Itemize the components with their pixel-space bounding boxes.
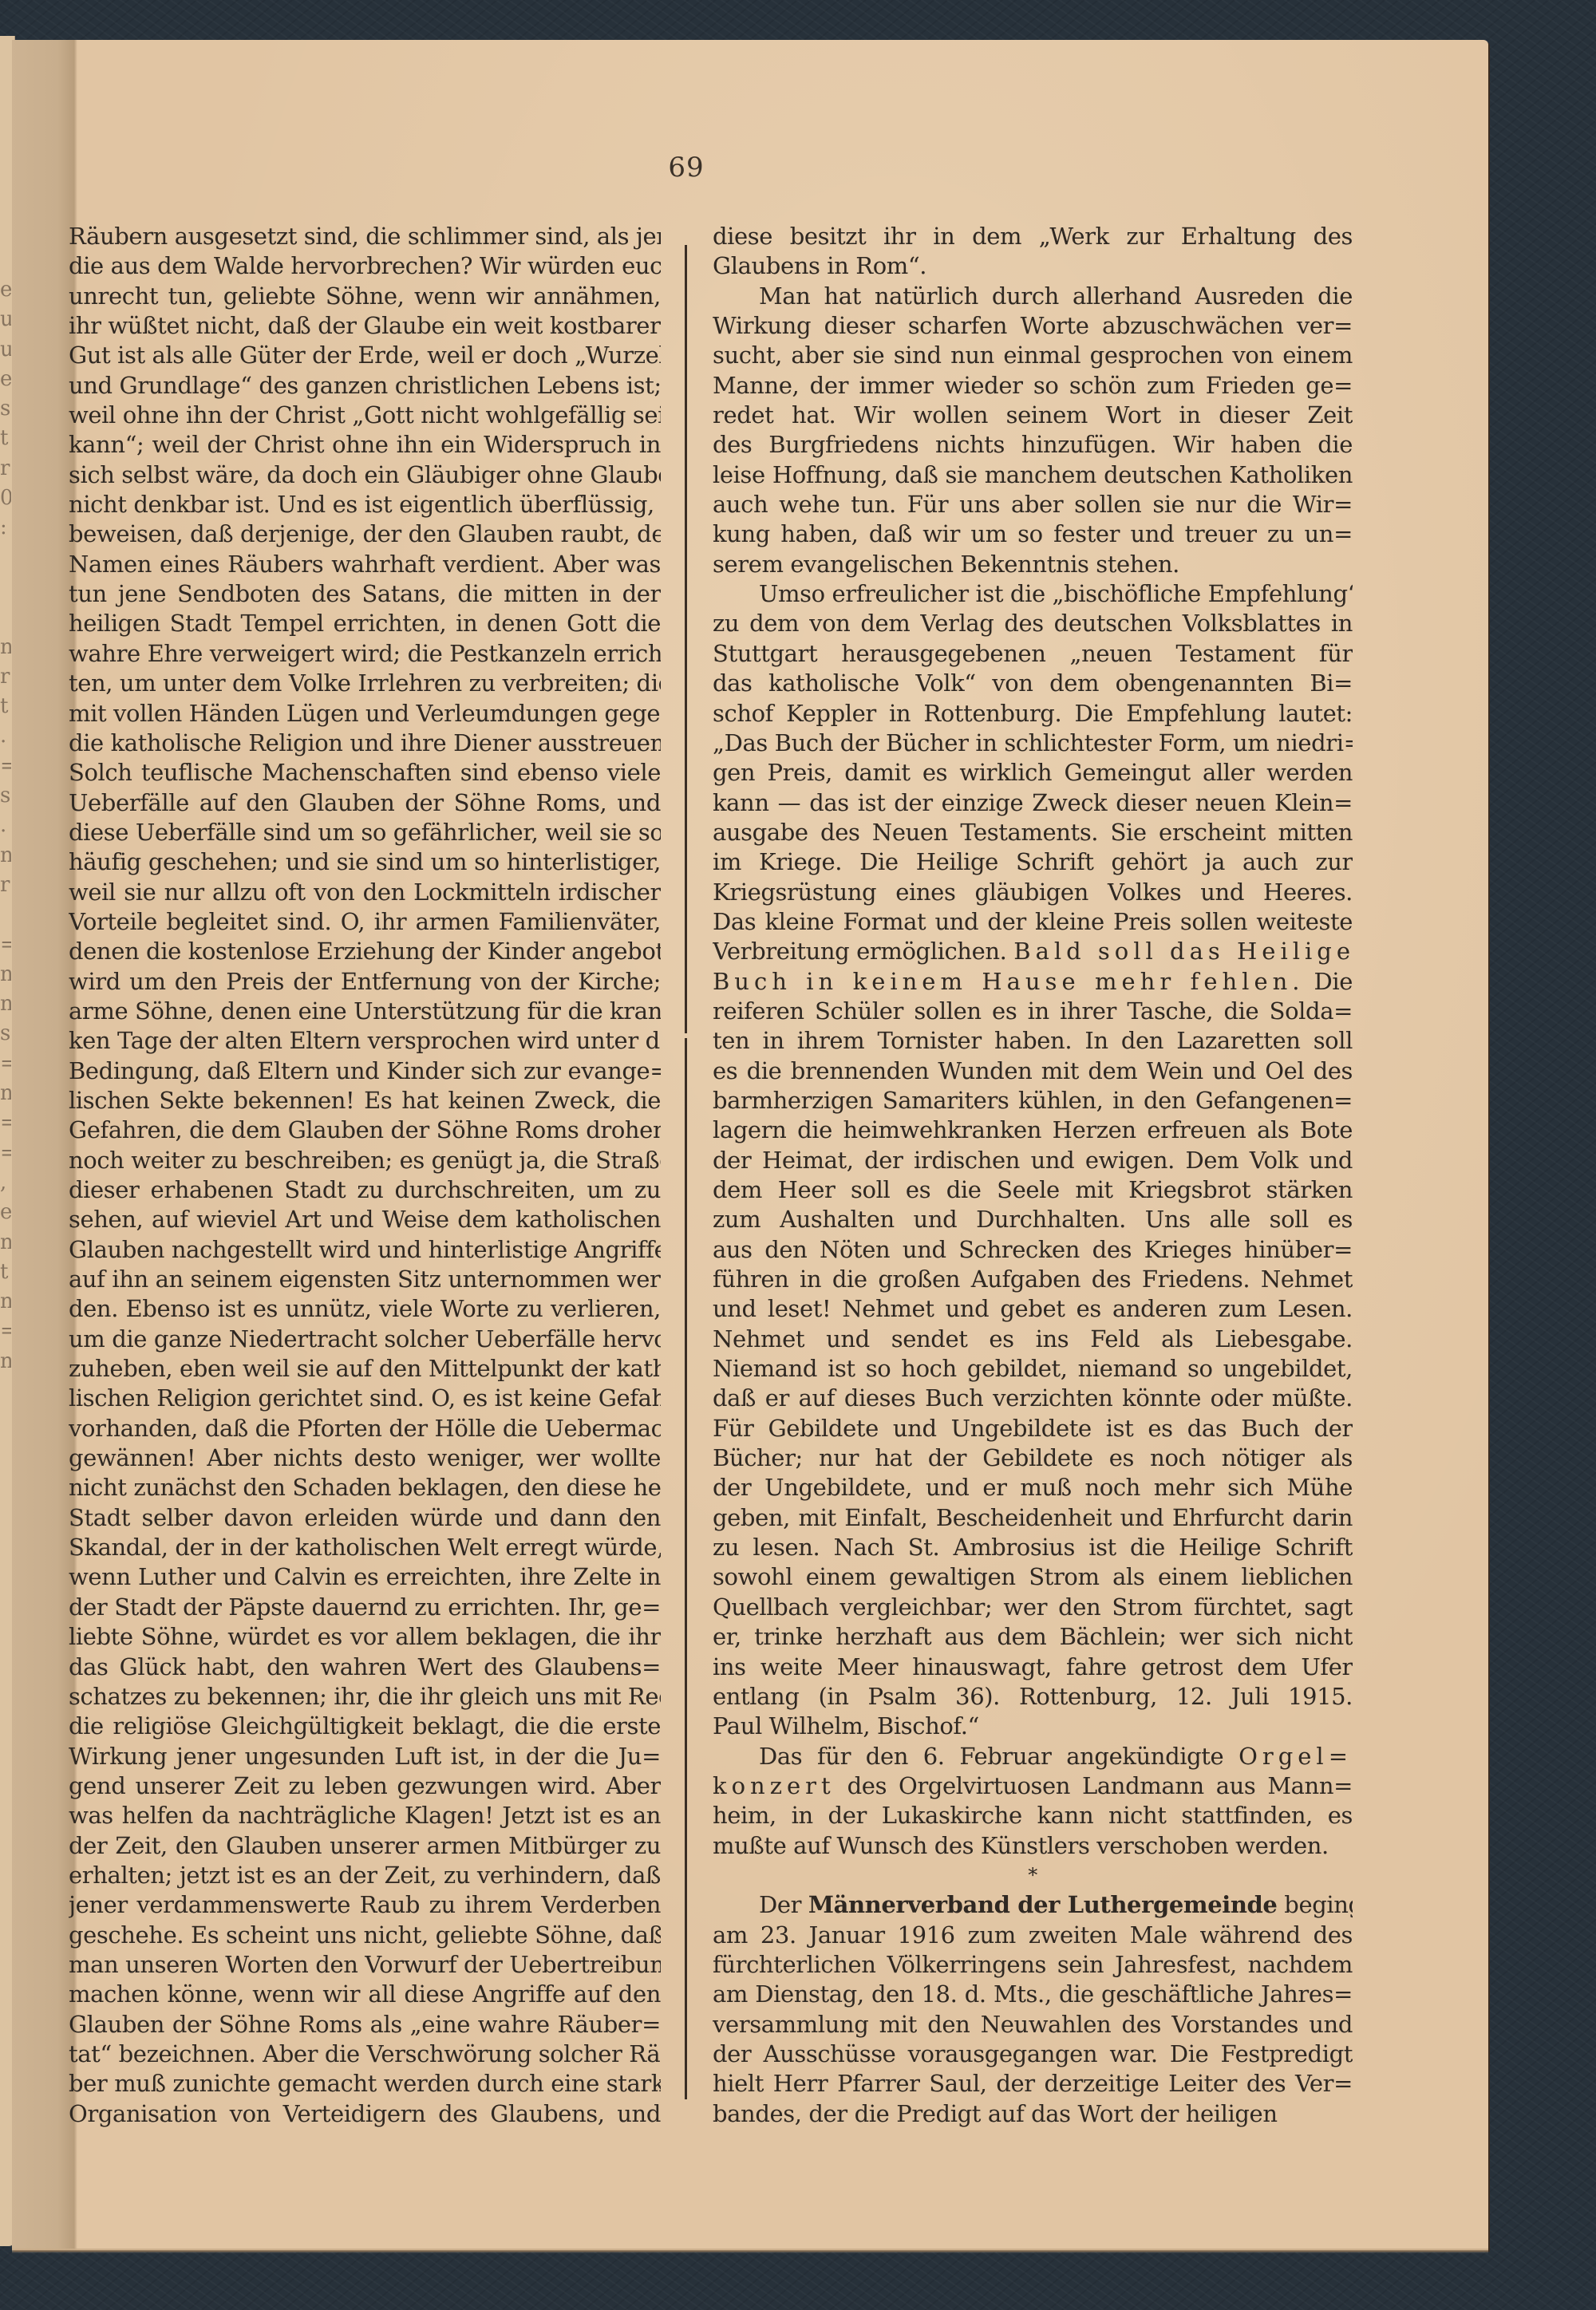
text-line: noch weiter zu beschreiben; es genügt ja…	[69, 1146, 661, 1175]
text-line: Quellbach vergleichbar; wer den Strom fü…	[713, 1593, 1353, 1622]
text-line: Bücher; nur hat der Gebildete es noch nö…	[713, 1443, 1353, 1473]
text-line: häufig geschehen; und sie sind um so hin…	[69, 847, 661, 877]
text-line: ins weite Meer hinauswagt, fahre getrost…	[713, 1653, 1353, 1682]
text-line: weil sie nur allzu oft von den Lockmitte…	[69, 878, 661, 907]
text-line: Glauben nachgestellt wird und hinterlist…	[69, 1235, 661, 1265]
text-line: mit vollen Händen Lügen und Verleumdunge…	[69, 699, 661, 729]
text-line: der Stadt der Päpste dauernd zu errichte…	[69, 1593, 661, 1622]
text-line: nicht denkbar ist. Und es ist eigentlich…	[69, 490, 661, 519]
text-line: „Das Buch der Bücher in schlichtester Fo…	[713, 729, 1353, 758]
text-line: aus den Nöten und Schrecken des Krieges …	[713, 1235, 1353, 1265]
text-line: lischen Religion gerichtet sind. O, es i…	[69, 1384, 661, 1413]
adjacent-page-glyphs: e u u e s t r 0 : n r t . = s . n r = n …	[0, 275, 11, 1376]
text-line: nicht zunächst den Schaden beklagen, den…	[69, 1473, 661, 1502]
text-line: schatzes zu bekennen; ihr, die ihr gleic…	[69, 1682, 661, 1712]
text-line: Niemand ist so hoch gebildet, niemand so…	[713, 1354, 1353, 1384]
binding-shadow	[12, 40, 77, 2250]
text-line: Stadt selber davon erleiden würde und da…	[69, 1503, 661, 1533]
text-line: bandes, der die Predigt auf das Wort der…	[713, 2099, 1353, 2129]
text-line: es die brennenden Wunden mit dem Wein un…	[713, 1056, 1353, 1086]
text-line: diese Ueberfälle sind um so gefährlicher…	[69, 818, 661, 847]
text-line: was helfen da nachträgliche Klagen! Jetz…	[69, 1801, 661, 1830]
text-line: Verbreitung ermöglichen. Bald soll das H…	[713, 937, 1353, 966]
text-line: weil ohne ihn der Christ „Gott nicht woh…	[69, 401, 661, 430]
paragraph: Der Männerverband der Luthergemeinde beg…	[713, 1890, 1353, 2129]
text-line: liebte Söhne, würdet es vor allem beklag…	[69, 1622, 661, 1652]
paragraph: Das für den 6. Februar angekündigte Orge…	[713, 1742, 1353, 1861]
text-line: ausgabe des Neuen Testaments. Sie ersche…	[713, 818, 1353, 847]
text-line: tun jene Sendboten des Satans, die mitte…	[69, 579, 661, 609]
text-line: und leset! Nehmet und gebet es anderen z…	[713, 1294, 1353, 1324]
emphasis-spaced: Buch in keinem Hause mehr fehlen.	[713, 968, 1305, 995]
text-line: zuheben, eben weil sie auf den Mittelpun…	[69, 1354, 661, 1384]
text-line: im Kriege. Die Heilige Schrift gehört ja…	[713, 847, 1353, 877]
text-line: Nehmet und sendet es ins Feld als Liebes…	[713, 1325, 1353, 1354]
text-line: er, trinke herzhaft aus dem Bächlein; we…	[713, 1622, 1353, 1652]
text-line: ber muß zunichte gemacht werden durch ei…	[69, 2069, 661, 2099]
text-line: Umso erfreulicher ist die „bischöfliche …	[713, 579, 1353, 609]
text-line: diese besitzt ihr in dem „Werk zur Erhal…	[713, 222, 1353, 251]
text-line: das Glück habt, den wahren Wert des Glau…	[69, 1653, 661, 1682]
text-line: das katholische Volk“ von dem obengenann…	[713, 669, 1353, 698]
text-line: die katholische Religion und ihre Diener…	[69, 729, 661, 758]
emphasis-bold: Männerverband der Luthergemeinde	[808, 1891, 1278, 1918]
text-line: um die ganze Niedertracht solcher Ueberf…	[69, 1325, 661, 1354]
text-line: Wirkung dieser scharfen Worte abzuschwäc…	[713, 311, 1353, 341]
text-line: Kriegsrüstung eines gläubigen Volkes und…	[713, 878, 1353, 907]
text-line: arme Söhne, denen eine Unterstützung für…	[69, 997, 661, 1026]
text-line: Man hat natürlich durch allerhand Ausred…	[713, 282, 1353, 311]
text-line: wird um den Preis der Entfernung von der…	[69, 967, 661, 997]
text-line: konzert des Orgelvirtuosen Landmann aus …	[713, 1771, 1353, 1801]
text-line: geschehe. Es scheint uns nicht, geliebte…	[69, 1921, 661, 1950]
text-line: des Burgfriedens nichts hinzufügen. Wir …	[713, 430, 1353, 460]
text-line: kann — das ist der einzige Zweck dieser …	[713, 788, 1353, 818]
text-line: Skandal, der in der katholischen Welt er…	[69, 1533, 661, 1562]
text-line: machen könne, wenn wir all diese Angriff…	[69, 1980, 661, 2009]
text-line: ten, um unter dem Volke Irrlehren zu ver…	[69, 669, 661, 698]
text-line: zu dem von dem Verlag des deutschen Volk…	[713, 609, 1353, 638]
text-line: sucht, aber sie sind nun einmal gesproch…	[713, 341, 1353, 370]
text-line: gen Preis, damit es wirklich Gemeingut a…	[713, 758, 1353, 788]
text-line: denen die kostenlose Erziehung der Kinde…	[69, 937, 661, 966]
text-line: Der Männerverband der Luthergemeinde beg…	[713, 1890, 1353, 1920]
text-line: Für Gebildete und Ungebildete ist es das…	[713, 1414, 1353, 1443]
text-line: am Dienstag, den 18. d. Mts., die geschä…	[713, 1980, 1353, 2009]
text-line: Stuttgart herausgegebenen „neuen Testame…	[713, 639, 1353, 669]
text-line: Gut ist als alle Güter der Erde, weil er…	[69, 341, 661, 370]
text-line: die religiöse Gleichgültigkeit beklagt, …	[69, 1712, 661, 1741]
text-line: fürchterlichen Völkerringens sein Jahres…	[713, 1950, 1353, 1980]
text-line: auf ihn an seinem eigensten Sitz unterno…	[69, 1265, 661, 1294]
text-line: beweisen, daß derjenige, der den Glauben…	[69, 519, 661, 549]
text-line: ken Tage der alten Eltern versprochen wi…	[69, 1026, 661, 1056]
text-line: dieser erhabenen Stadt zu durchschreiten…	[69, 1175, 661, 1205]
text-line: redet hat. Wir wollen seinem Wort in die…	[713, 401, 1353, 430]
text-line: heiligen Stadt Tempel errichten, in dene…	[69, 609, 661, 638]
text-line: unrecht tun, geliebte Söhne, wenn wir an…	[69, 282, 661, 311]
text-line: Glaubens in Rom“.	[713, 251, 1353, 281]
text-line: serem evangelischen Bekenntnis stehen.	[713, 550, 1353, 579]
text-line: schof Keppler in Rottenburg. Die Empfehl…	[713, 699, 1353, 729]
emphasis-spaced: Orgel=	[1238, 1743, 1353, 1770]
text-line: Glauben der Söhne Roms als „eine wahre R…	[69, 2010, 661, 2040]
text-line: der Ausschüsse vorausgegangen war. Die F…	[713, 2040, 1353, 2069]
text-line: daß er auf dieses Buch verzichten könnte…	[713, 1384, 1353, 1413]
emphasis-spaced: konzert	[713, 1772, 836, 1799]
text-line: man unseren Worten den Vorwurf der Ueber…	[69, 1950, 661, 1980]
text-line: Vorteile begleitet sind. O, ihr armen Fa…	[69, 907, 661, 937]
text-line: am 23. Januar 1916 zum zweiten Male währ…	[713, 1921, 1353, 1950]
text-line: der Heimat, der irdischen und ewigen. De…	[713, 1146, 1353, 1175]
text-line: der Ungebildete, und er muß noch mehr si…	[713, 1473, 1353, 1502]
text-line: lischen Sekte bekennen! Es hat keinen Zw…	[69, 1086, 661, 1116]
left-column: Räubern ausgesetzt sind, die schlimmer s…	[69, 222, 661, 2129]
text-line: ten in ihrem Tornister haben. In den Laz…	[713, 1026, 1353, 1056]
text-line: Namen eines Räubers wahrhaft verdient. A…	[69, 550, 661, 579]
text-line: vorhanden, daß die Pforten der Hölle die…	[69, 1414, 661, 1443]
text-line: den. Ebenso ist es unnütz, viele Worte z…	[69, 1294, 661, 1324]
text-line: ihr wüßtet nicht, daß der Glaube ein wei…	[69, 311, 661, 341]
page-number: 69	[662, 152, 710, 184]
text-line: Buch in keinem Hause mehr fehlen. Die	[713, 967, 1353, 997]
text-line: leise Hoffnung, daß sie manchem deutsche…	[713, 460, 1353, 490]
column-divider	[685, 1038, 687, 2099]
text-line: kann“; weil der Christ ohne ihn ein Wide…	[69, 430, 661, 460]
text-line: die aus dem Walde hervorbrechen? Wir wür…	[69, 251, 661, 281]
text-line: Organisation von Verteidigern des Glaube…	[69, 2099, 661, 2129]
emphasis-spaced: Bald soll das Heilige	[1013, 938, 1353, 965]
text-line: versammlung mit den Neuwahlen des Vorsta…	[713, 2010, 1353, 2040]
text-line: sehen, auf wieviel Art und Weise dem kat…	[69, 1205, 661, 1234]
text-line: auch wehe tun. Für uns aber sollen sie n…	[713, 490, 1353, 519]
text-line: und Grundlage“ des ganzen christlichen L…	[69, 371, 661, 401]
text-line: Wirkung jener ungesunden Luft ist, in de…	[69, 1742, 661, 1771]
text-line: geben, mit Einfalt, Bescheidenheit und E…	[713, 1503, 1353, 1533]
text-line: sowohl einem gewaltigen Strom als einem …	[713, 1562, 1353, 1592]
text-line: wenn Luther und Calvin es erreichten, ih…	[69, 1562, 661, 1592]
text-line: kung haben, daß wir um so fester und tre…	[713, 519, 1353, 549]
text-line: reiferen Schüler sollen es in ihrer Tasc…	[713, 997, 1353, 1026]
text-line: zu lesen. Nach St. Ambrosius ist die Hei…	[713, 1533, 1353, 1562]
text-line: erhalten; jetzt ist es an der Zeit, zu v…	[69, 1861, 661, 1890]
text-line: heim, in der Lukaskirche kann nicht stat…	[713, 1801, 1353, 1830]
text-line: wahre Ehre verweigert wird; die Pestkanz…	[69, 639, 661, 669]
text-line: sich selbst wäre, da doch ein Gläubiger …	[69, 460, 661, 490]
text-line: tat“ bezeichnen. Aber die Verschwörung s…	[69, 2040, 661, 2069]
paragraph: Man hat natürlich durch allerhand Ausred…	[713, 282, 1353, 579]
text-line: barmherzigen Samariters kühlen, in den G…	[713, 1086, 1353, 1116]
text-line: zum Aushalten und Durchhalten. Uns alle …	[713, 1205, 1353, 1234]
text-line: führen in die großen Aufgaben des Friede…	[713, 1265, 1353, 1294]
text-line: Ueberfälle auf den Glauben der Söhne Rom…	[69, 788, 661, 818]
text-line: Solch teuflische Machenschaften sind ebe…	[69, 758, 661, 788]
text-line: Das kleine Format und der kleine Preis s…	[713, 907, 1353, 937]
section-separator: *	[713, 1861, 1353, 1890]
paragraph: Umso erfreulicher ist die „bischöfliche …	[713, 579, 1353, 1741]
text-line: Manne, der immer wieder so schön zum Fri…	[713, 371, 1353, 401]
text-line: Paul Wilhelm, Bischof.“	[713, 1712, 1353, 1741]
column-divider	[685, 245, 687, 1033]
text-line: dem Heer soll es die Seele mit Kriegsbro…	[713, 1175, 1353, 1205]
text-line: Bedingung, daß Eltern und Kinder sich zu…	[69, 1056, 661, 1086]
text-line: der Zeit, den Glauben unserer armen Mitb…	[69, 1831, 661, 1861]
text-line: lagern die heimwehkranken Herzen erfreue…	[713, 1116, 1353, 1145]
text-line: entlang (in Psalm 36). Rottenburg, 12. J…	[713, 1682, 1353, 1712]
paragraph: diese besitzt ihr in dem „Werk zur Erhal…	[713, 222, 1353, 282]
text-line: hielt Herr Pfarrer Saul, der derzeitige …	[713, 2069, 1353, 2099]
text-line: gend unserer Zeit zu leben gezwungen wir…	[69, 1771, 661, 1801]
text-line: Gefahren, die dem Glauben der Söhne Roms…	[69, 1116, 661, 1145]
right-column: diese besitzt ihr in dem „Werk zur Erhal…	[713, 222, 1353, 2129]
text-line: Das für den 6. Februar angekündigte Orge…	[713, 1742, 1353, 1771]
text-line: gewännen! Aber nichts desto weniger, wer…	[69, 1443, 661, 1473]
text-line: jener verdammenswerte Raub zu ihrem Verd…	[69, 1890, 661, 1920]
text-line: Räubern ausgesetzt sind, die schlimmer s…	[69, 222, 661, 251]
text-line: mußte auf Wunsch des Künstlers verschobe…	[713, 1831, 1353, 1861]
